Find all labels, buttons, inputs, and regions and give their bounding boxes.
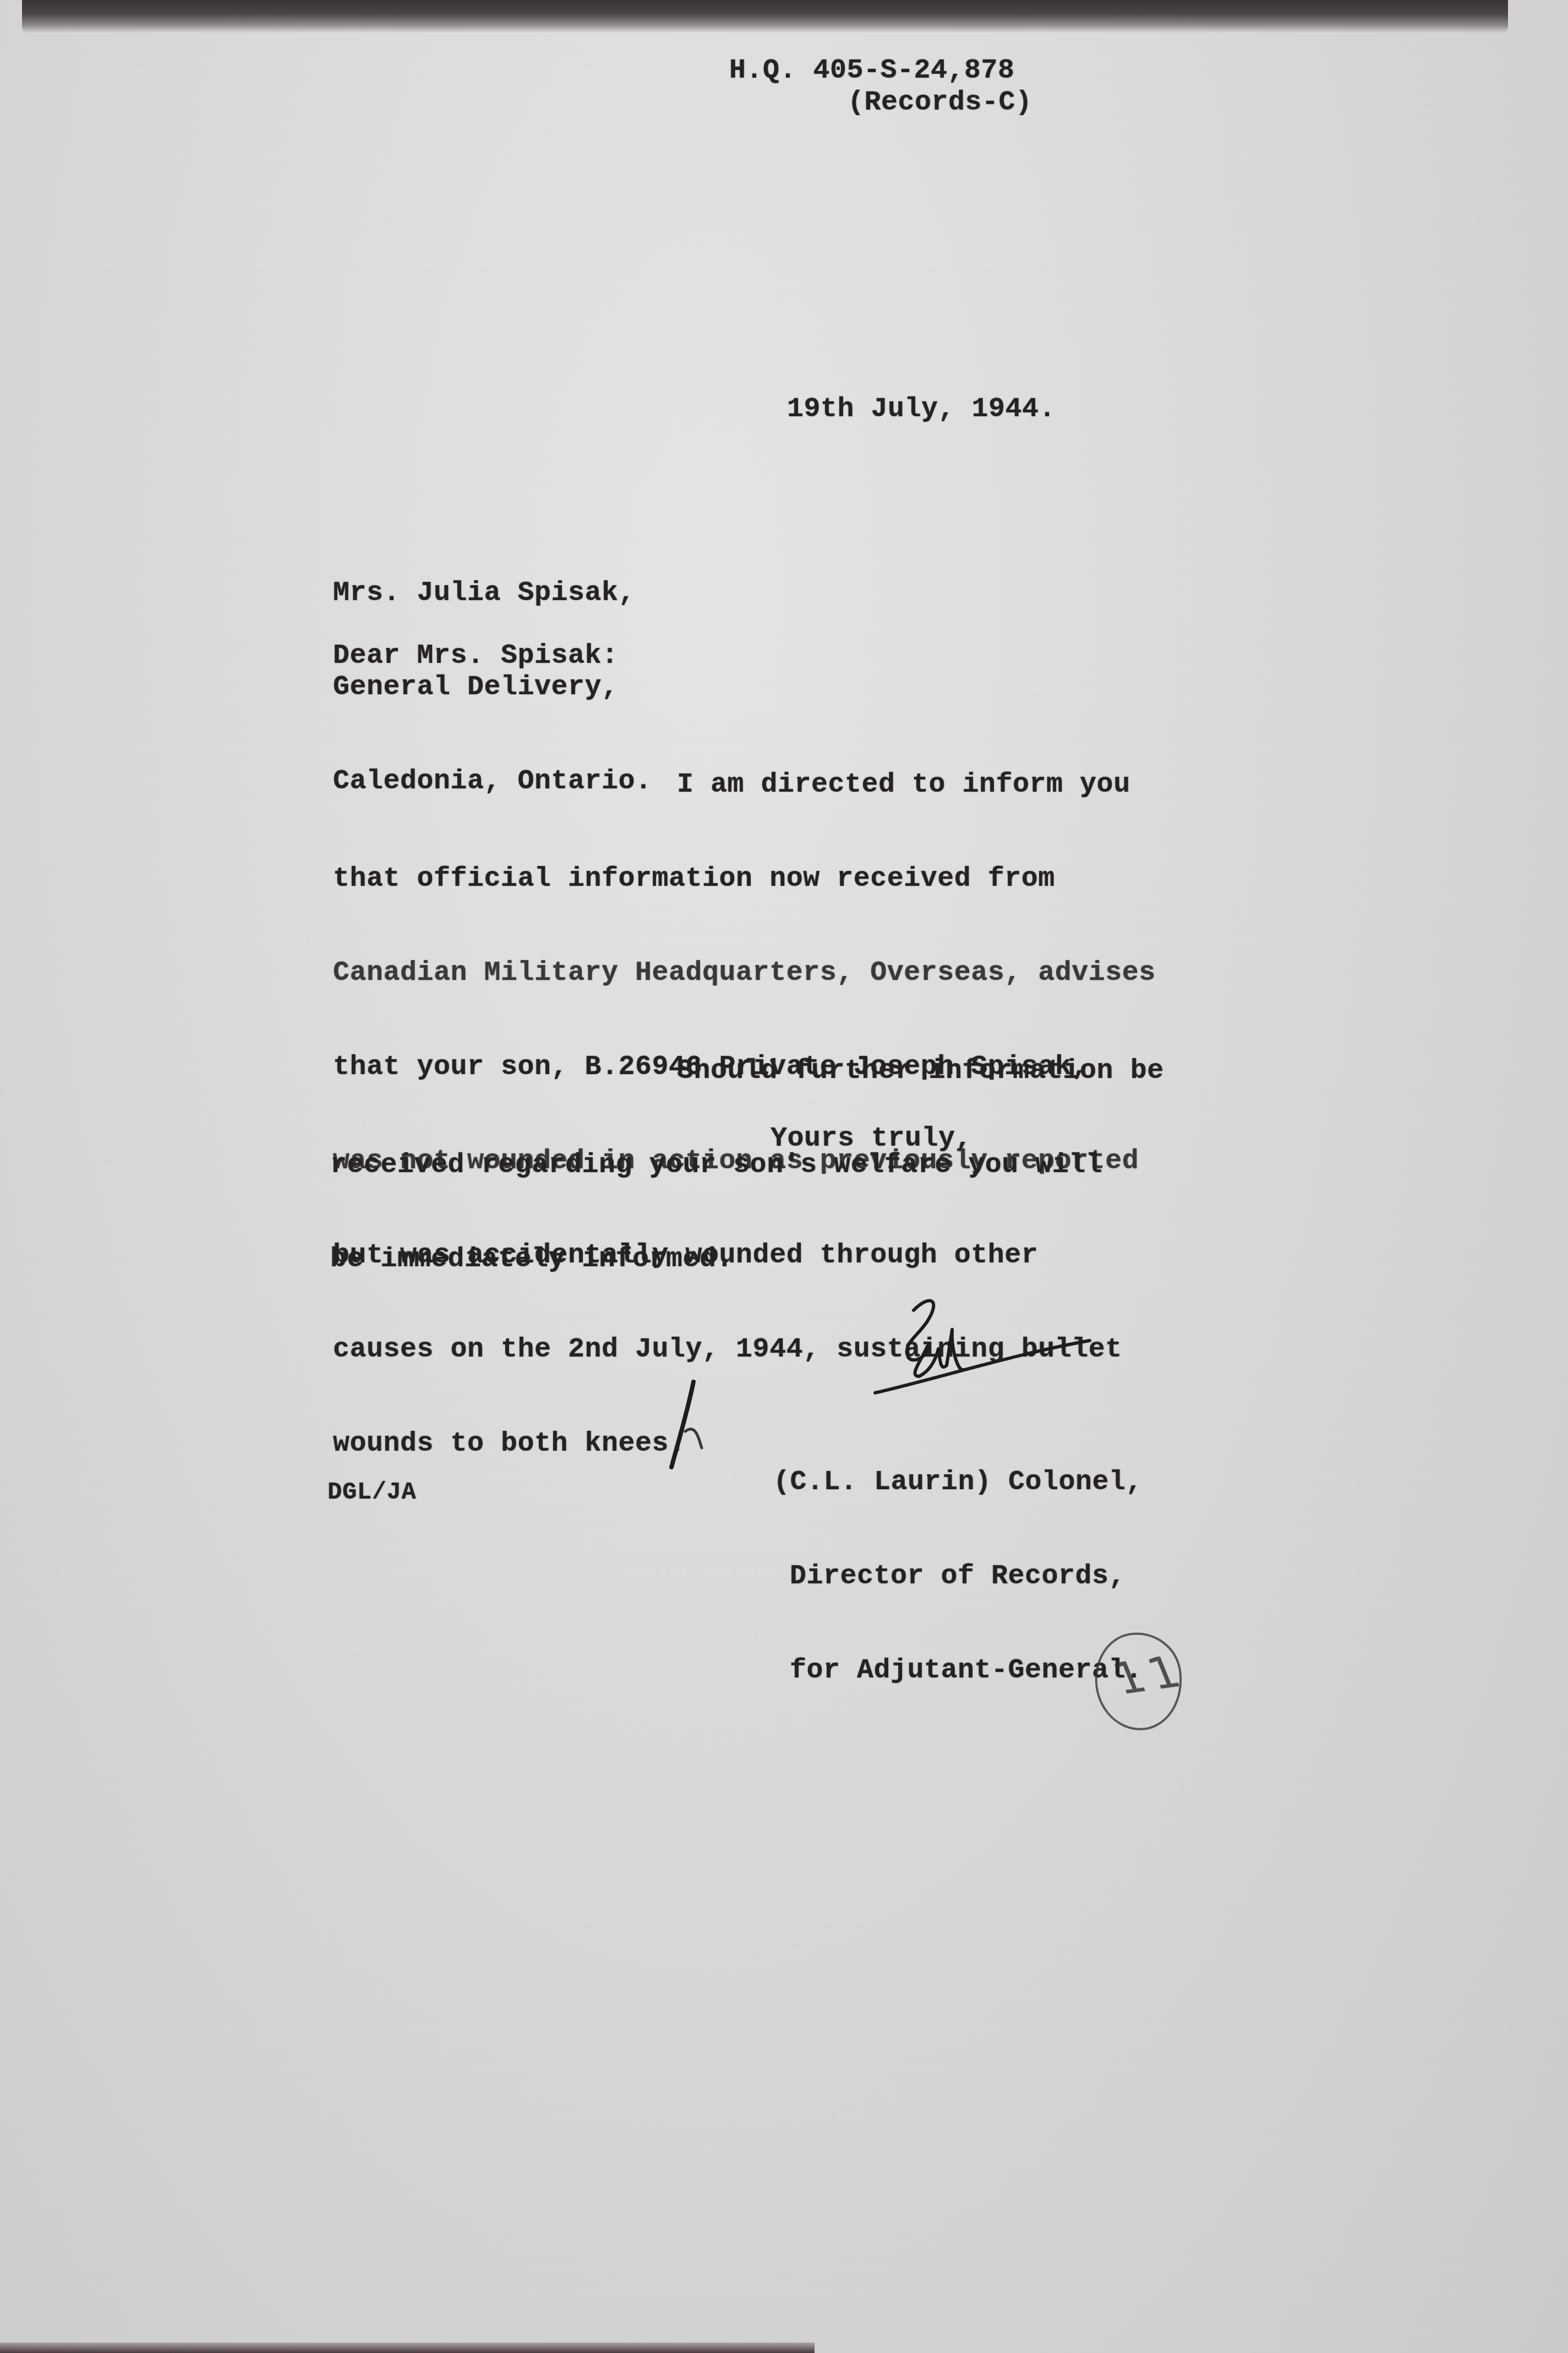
letter-page: H.Q. 405-S-24,878 (Records-C) 19th July,… [0,0,1568,2353]
signatory-authority: for Adjutant-General. [773,1655,1143,1686]
signatory-title: Director of Records, [773,1561,1143,1592]
page-number-text: 11 [1106,1646,1194,1704]
signature-block: (C.L. Laurin) Colonel, Director of Recor… [773,1404,1143,1749]
page-bottom-edge-shadow [0,2343,815,2353]
paragraph-line: I am directed to inform you [333,769,1156,800]
handwritten-initial-mark [663,1376,729,1475]
paragraph-line: be immediately informed. [330,1244,1164,1275]
page-top-edge-shadow [22,0,1508,33]
paragraph-line: Should further information be [330,1055,1164,1087]
file-reference-number: H.Q. 405-S-24,878 [729,55,1015,86]
signatory-name: (C.L. Laurin) Colonel, [773,1467,1143,1498]
complimentary-close: Yours truly, [771,1123,972,1154]
body-paragraph-2: Should further information be received r… [330,993,1164,1338]
file-reference-branch: (Records-C) [848,87,1032,118]
paragraph-line: Canadian Military Headquarters, Overseas… [333,957,1156,989]
address-line: Mrs. Julia Spisak, [333,578,652,609]
letter-date: 19th July, 1944. [787,394,1056,425]
paragraph-line: received regarding your son's welfare yo… [330,1150,1164,1181]
address-line: General Delivery, [333,672,652,703]
typist-reference: DGL/JA [327,1477,416,1508]
paragraph-line: that official information now received f… [333,863,1156,895]
salutation: Dear Mrs. Spisak: [333,640,619,672]
handwritten-signature [870,1288,1145,1409]
